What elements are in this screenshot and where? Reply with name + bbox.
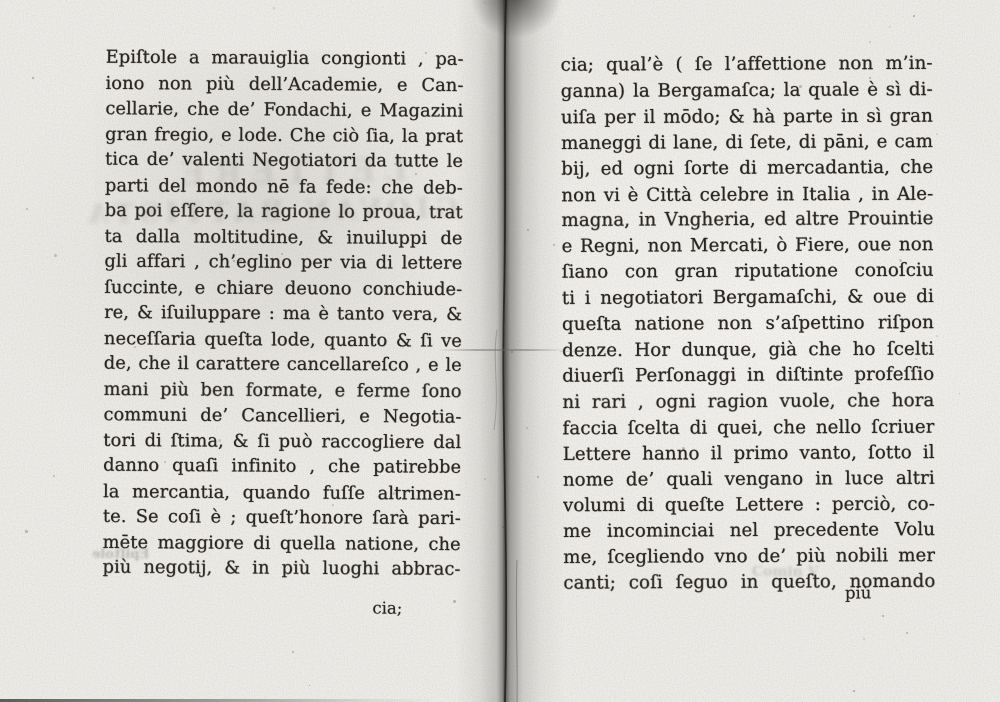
dust-speck xyxy=(799,85,802,88)
dust-speck xyxy=(53,475,55,477)
gutter-shadow xyxy=(455,0,565,702)
text-line: queſta natione non s’aſpettino riſpon xyxy=(562,310,934,338)
text-line: ganna) la Bergamaſca; la quale è sì di- xyxy=(561,77,933,105)
text-line: maneggi di lane, di ſete, di pāni, e cam xyxy=(561,129,933,157)
text-line: Lettere hanno il primo vanto, ſotto il xyxy=(563,440,935,468)
dust-speck xyxy=(587,96,589,98)
text-line: communi de’ Cancellieri, e Negotia- xyxy=(103,402,461,430)
text-line: Epiſtole a marauiglia congionti , pa- xyxy=(106,45,464,73)
text-line: ta dalla moltitudine, & inuiluppi de xyxy=(104,223,462,251)
dust-speck xyxy=(54,254,57,257)
dust-speck xyxy=(682,447,685,450)
text-line: faccia ſcelta di quei, che nello ſcriuer xyxy=(562,414,934,442)
dust-speck xyxy=(453,600,456,603)
text-line: volumi di queſte Lettere : perciò, co- xyxy=(563,492,935,520)
text-line: tori di ſtima, & ſi può raccogliere dal xyxy=(103,427,461,455)
text-line: mēte maggiore di quella natione, che xyxy=(103,529,461,557)
crease-line xyxy=(438,349,566,351)
text-line: non vi è Città celebre in Italia , in Al… xyxy=(561,181,933,209)
text-line: de, che il carattere cancellareſco , e l… xyxy=(104,351,462,379)
dust-speck xyxy=(26,208,28,210)
text-line: canti; coſi ſeguo in queſto, nomando xyxy=(563,569,935,597)
dust-speck xyxy=(218,439,221,442)
dust-speck xyxy=(25,530,28,533)
text-line: uiſa per il mōdo; & hà parte in sì gran xyxy=(561,103,933,131)
dust-speck xyxy=(281,253,283,255)
dust-speck xyxy=(959,393,960,394)
dust-speck xyxy=(292,651,294,653)
text-line: danno quaſi infinito , che patirebbe xyxy=(103,453,461,481)
left-page: Epiſtole a marauiglia congionti , pa-ion… xyxy=(102,45,463,618)
text-line: più negotij, & in più luoghi abbrac- xyxy=(102,555,460,583)
text-line: gran fregio, e lode. Che ciò ſia, la pra… xyxy=(105,121,463,149)
dust-speck xyxy=(681,621,682,622)
dust-speck xyxy=(164,461,166,463)
text-line: nome de’ quali vengano in luce altri xyxy=(563,465,935,493)
dust-speck xyxy=(906,632,908,634)
dust-speck xyxy=(393,492,396,495)
book-scan: LETTERE GIOVAN BATTISTA Epiſtole Comin V… xyxy=(0,0,1000,702)
text-line: diuerſi Perſonaggi in diſtinte profeſſio xyxy=(562,362,934,390)
gutter-top-shadow xyxy=(468,0,564,40)
text-line: ſuccinte, e chiare deuono conchiude- xyxy=(104,274,462,302)
text-line: mani più ben formate, e ferme ſono xyxy=(104,376,462,404)
dust-speck xyxy=(309,685,310,686)
left-catchword: cia; xyxy=(102,596,460,617)
text-line: me, ſcegliendo vno de’ più nobili mer xyxy=(563,543,935,571)
text-line: neceſſaria queſta lode, quanto & ſi ve xyxy=(104,326,462,354)
text-line: te. Se coſi è ; queſt’honore ſarà pari- xyxy=(103,504,461,532)
crease-line xyxy=(560,351,620,352)
text-line: tica de’ valenti Negotiatori da tutte le xyxy=(105,147,463,175)
dust-speck xyxy=(889,26,891,28)
text-line: me incominciai nel precedente Volu xyxy=(563,517,935,545)
dust-speck xyxy=(863,638,865,640)
dust-speck xyxy=(511,351,513,353)
text-line: e Regni, non Mercati, ò Fiere, oue non xyxy=(562,232,934,260)
text-line: iono non più dell’Academie, e Can- xyxy=(105,70,463,98)
text-line: ba poi eſſere, la ragione lo proua, trat xyxy=(105,198,463,226)
text-line: la mercantia, quando fuſſe altrimen- xyxy=(103,479,461,507)
dust-speck xyxy=(347,230,349,232)
dust-speck xyxy=(526,427,528,429)
dust-speck xyxy=(882,615,884,617)
dust-speck xyxy=(502,526,504,528)
dust-speck xyxy=(504,293,506,295)
dust-speck xyxy=(134,346,136,348)
right-page: cia; qual’è ( ſe l’affettione non m’in-g… xyxy=(561,51,936,604)
text-line: gli affari , ch’eglino per via di letter… xyxy=(104,249,462,277)
dust-speck xyxy=(936,133,938,135)
text-line: ni rari , ogni ragion vuole, che hora xyxy=(562,388,934,416)
dust-speck xyxy=(899,259,902,262)
right-text-column: cia; qual’è ( ſe l’affettione non m’in-g… xyxy=(561,51,936,597)
text-line: bij, ed ogni ſorte di mercadantia, che xyxy=(561,154,933,182)
dust-speck xyxy=(869,41,871,43)
dust-speck xyxy=(912,201,913,202)
text-line: re, & iſuiluppare : ma è tanto vera, & xyxy=(104,300,462,328)
text-line: magna, in Vngheria, ed altre Prouintie xyxy=(561,206,933,234)
dust-speck xyxy=(2,429,3,430)
text-line: ſiano con gran riputatione conoſciu xyxy=(562,258,934,286)
text-line: cellarie, che de’ Fondachi, e Magazini xyxy=(105,96,463,124)
dust-speck xyxy=(913,15,915,17)
dust-speck xyxy=(853,690,855,692)
dust-speck xyxy=(32,77,34,79)
text-line: ti i negotiatori Bergamaſchi, & oue di xyxy=(562,284,934,312)
dust-speck xyxy=(936,335,938,337)
dust-speck xyxy=(273,7,275,9)
left-text-column: Epiſtole a marauiglia congionti , pa-ion… xyxy=(102,45,463,583)
text-line: parti del mondo nē fa fede: che deb- xyxy=(105,173,463,201)
text-line: cia; qual’è ( ſe l’affettione non m’in- xyxy=(561,51,933,79)
